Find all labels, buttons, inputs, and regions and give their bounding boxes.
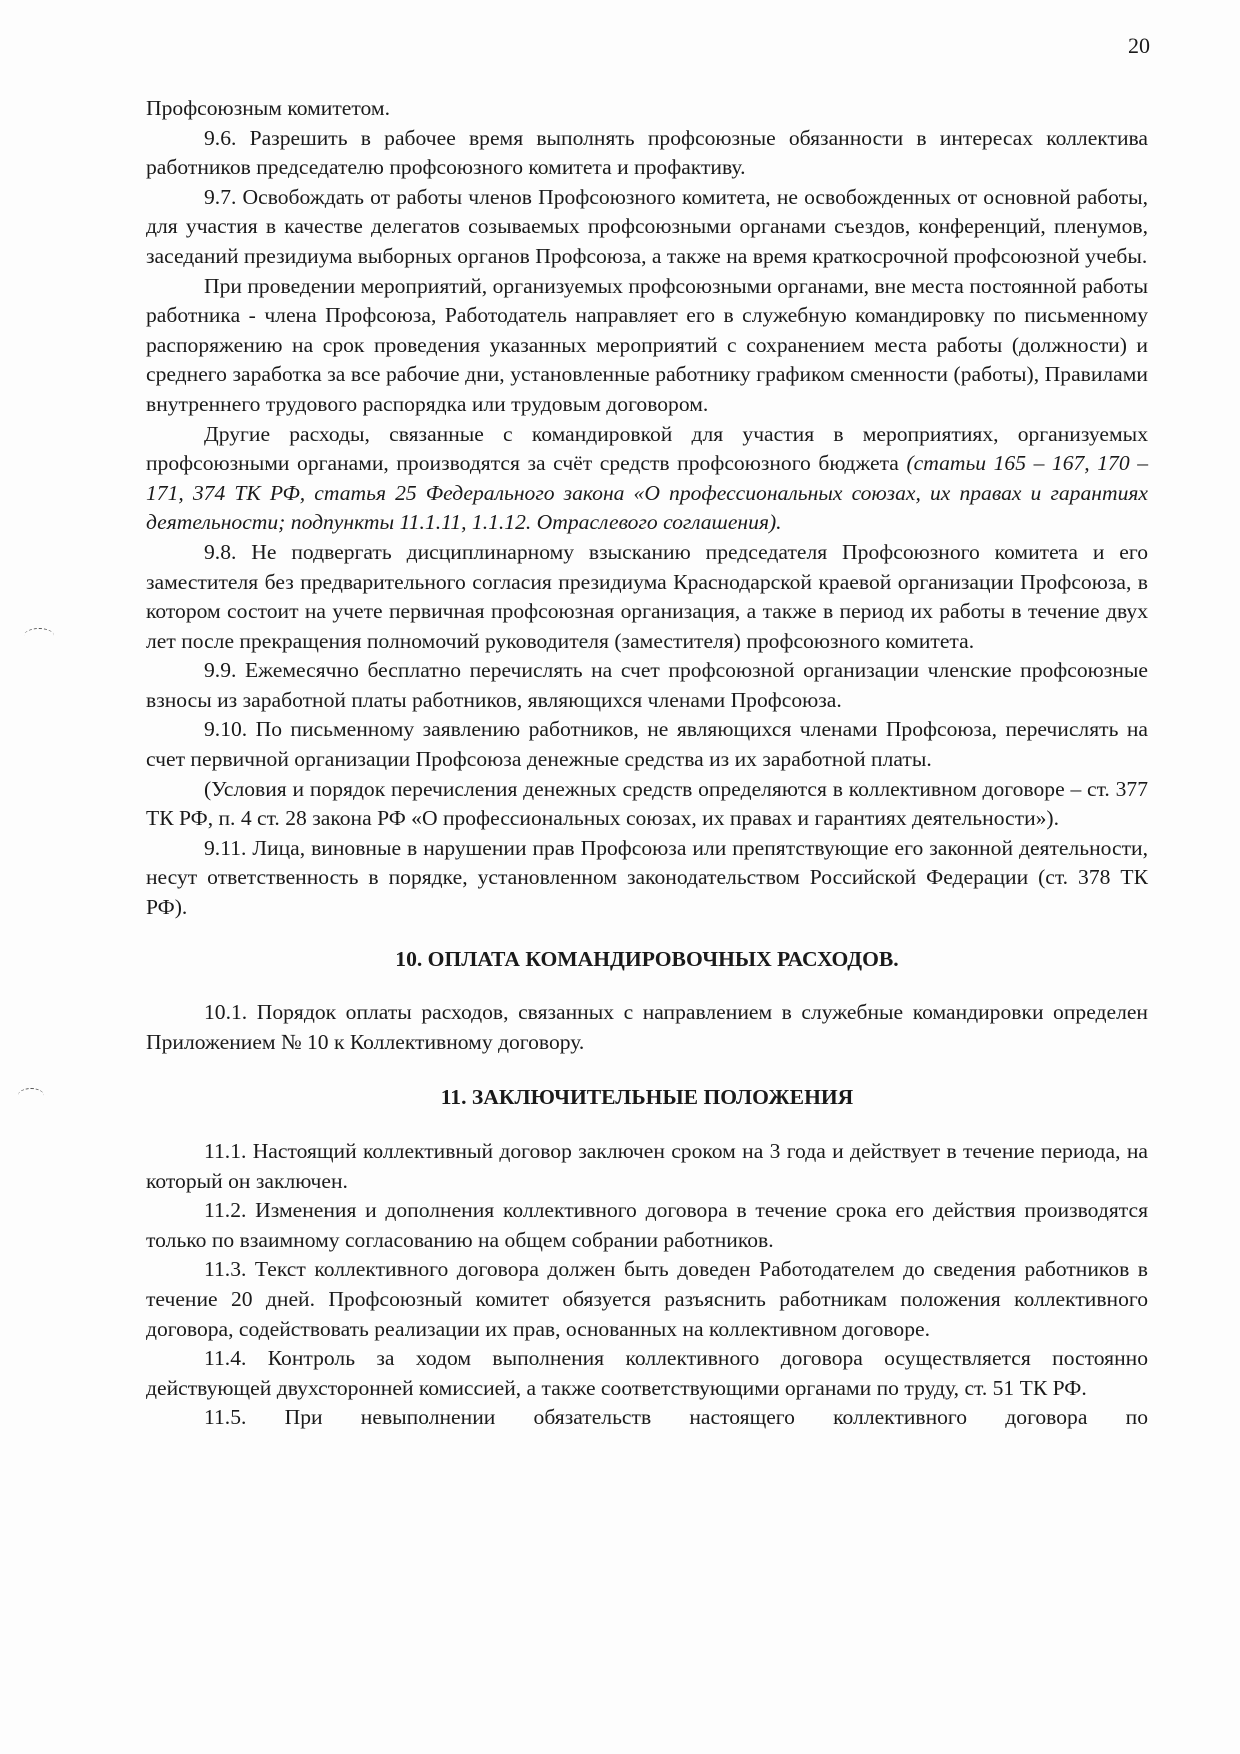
paragraph-9-7: 9.7. Освобождать от работы членов Профсо… xyxy=(146,183,1148,272)
paragraph-10-1: 10.1. Порядок оплаты расходов, связанных… xyxy=(146,998,1148,1057)
paragraph-11-3: 11.3. Текст коллективного договора долже… xyxy=(146,1255,1148,1344)
paragraph-9-11: 9.11. Лица, виновные в нарушении прав Пр… xyxy=(146,834,1148,923)
paragraph-other-costs: Другие расходы, связанные с командировко… xyxy=(146,420,1148,538)
scan-artifact-mark xyxy=(18,1088,44,1103)
page-number: 20 xyxy=(1118,33,1150,59)
paragraph-continuation: Профсоюзным комитетом. xyxy=(146,94,1148,124)
document-body: Профсоюзным комитетом. 9.6. Разрешить в … xyxy=(146,94,1148,1433)
section-heading-10: 10. ОПЛАТА КОМАНДИРОВОЧНЫХ РАСХОДОВ. xyxy=(146,945,1148,975)
paragraph-conditions: (Условия и порядок перечисления денежных… xyxy=(146,775,1148,834)
paragraph-11-4: 11.4. Контроль за ходом выполнения колле… xyxy=(146,1344,1148,1403)
document-page: 20 Профсоюзным комитетом. 9.6. Разрешить… xyxy=(0,0,1240,1754)
paragraph-11-2: 11.2. Изменения и дополнения коллективно… xyxy=(146,1196,1148,1255)
section-heading-11: 11. ЗАКЛЮЧИТЕЛЬНЫЕ ПОЛОЖЕНИЯ xyxy=(146,1083,1148,1113)
scan-artifact-mark xyxy=(24,628,54,643)
paragraph-11-1: 11.1. Настоящий коллективный договор зак… xyxy=(146,1137,1148,1196)
paragraph-11-5: 11.5. При невыполнении обязательств наст… xyxy=(146,1403,1148,1433)
paragraph-9-10: 9.10. По письменному заявлению работнико… xyxy=(146,715,1148,774)
paragraph-9-6: 9.6. Разрешить в рабочее время выполнять… xyxy=(146,124,1148,183)
paragraph-events-travel: При проведении мероприятий, организуемых… xyxy=(146,272,1148,420)
paragraph-9-9: 9.9. Ежемесячно бесплатно перечислять на… xyxy=(146,656,1148,715)
paragraph-9-8: 9.8. Не подвергать дисциплинарному взыск… xyxy=(146,538,1148,656)
